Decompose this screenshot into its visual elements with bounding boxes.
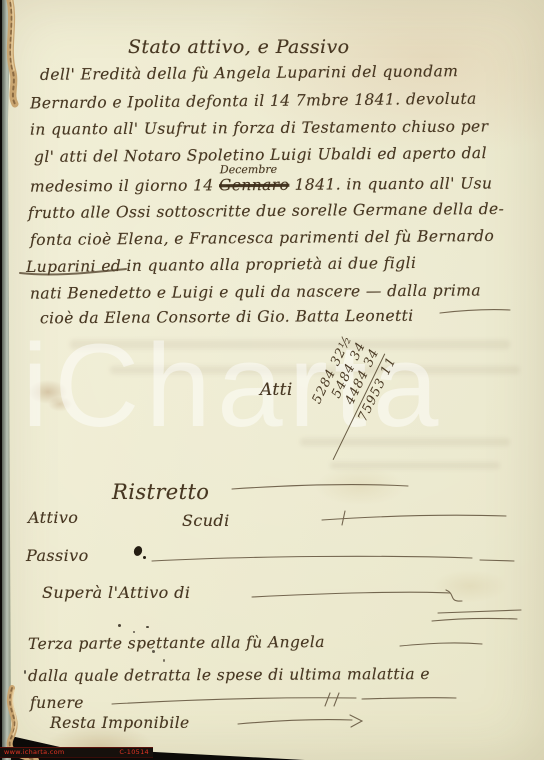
scudi-label: Scudi [182,511,230,530]
resta-label: Resta Imponibile [50,714,190,732]
ink-spatter [163,659,165,662]
manuscript-line-correction: medesimo il giorno 14 Gennaro 1841. in q… [30,174,492,195]
bleedthrough-band [110,366,520,374]
ink-spatter [118,624,121,627]
ristretto-heading: Ristretto [112,480,209,504]
ink-spatter [24,670,26,674]
bleedthrough-band [330,462,500,469]
passivo-label: Passivo [26,546,89,565]
funere-label: funere [30,694,84,712]
manuscript-line: dell' Eredità della fù Angela Luparini d… [40,62,458,84]
terza-label: Terza parte spettante alla fù Angela [28,633,325,653]
attivo-label: Attivo [28,508,78,527]
supera-label: Superà l'Attivo di [42,583,190,602]
manuscript-line: in quanto all' Usufrut in forza di Testa… [30,117,489,138]
struck-word: Gennaro [219,176,289,194]
ink-spatter [152,650,155,653]
ink-spatter [139,645,141,647]
archive-url: www.icharta.com [4,749,65,756]
bleedthrough-band [70,340,510,349]
inserted-word: Decembre [220,163,277,176]
detratta-label: dalla quale detratta le spese di ultima … [28,665,430,685]
ink-spatter [146,626,149,628]
archive-label-bar: www.icharta.com C-10514 [0,747,153,758]
line-pre: medesimo il giorno 14 [30,176,219,195]
manuscript-line: cioè da Elena Consorte di Gio. Batta Leo… [40,307,414,328]
ink-spatter [143,556,146,559]
line-post: 1841. in quanto all' Usu [289,174,492,193]
doc-title: Stato attivo, e Passivo [128,36,350,58]
atti-label: Atti [260,380,293,400]
manuscript-line: nati Benedetto e Luigi e quli da nascere… [30,281,481,302]
ink-spatter [133,631,135,633]
archive-code: C-10514 [119,749,149,756]
manuscript-photo: iCharta Stato attivo, e Passivo dell' Er… [0,0,544,760]
